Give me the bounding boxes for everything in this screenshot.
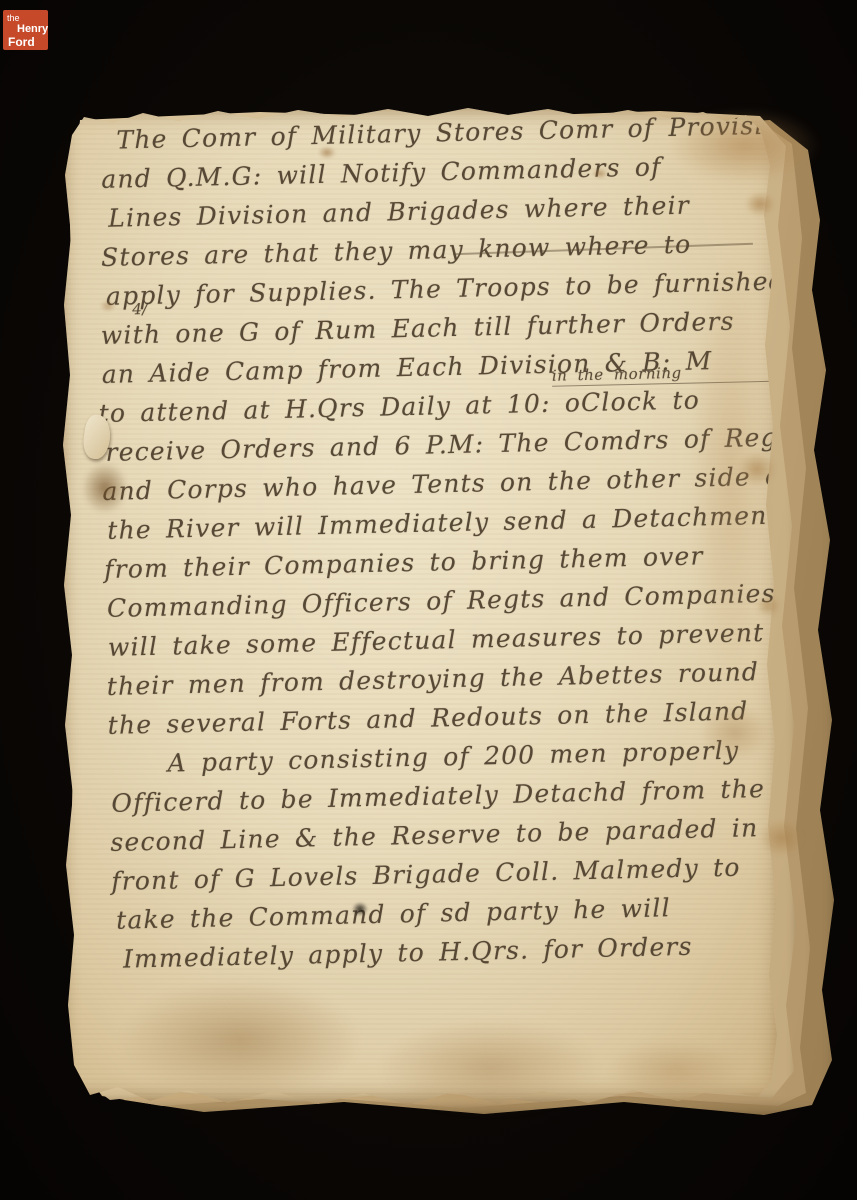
ink-blot (352, 902, 368, 916)
stain (700, 705, 770, 760)
stain (610, 1040, 740, 1100)
edge-discoloration (690, 260, 770, 680)
photo-background: the Henry Ford The Comr of Military Stor… (0, 0, 857, 1200)
logo-henry: Henry (17, 24, 48, 35)
manuscript-page: The Comr of Military Stores Comr of Prov… (58, 105, 788, 1105)
foxing-spot (592, 168, 608, 179)
foxing-spot (100, 300, 116, 312)
foxing-spot (318, 146, 336, 159)
stain (760, 820, 804, 856)
stain (120, 980, 360, 1100)
stain (82, 462, 128, 514)
stain (670, 108, 820, 183)
henry-ford-logo: the Henry Ford (3, 10, 48, 50)
logo-ford: Ford (8, 36, 48, 48)
logo-the: the (7, 14, 48, 23)
foxing-spot (745, 192, 775, 216)
interlinear-insertion-ration: 4/ (132, 302, 148, 317)
stain (380, 1020, 600, 1115)
